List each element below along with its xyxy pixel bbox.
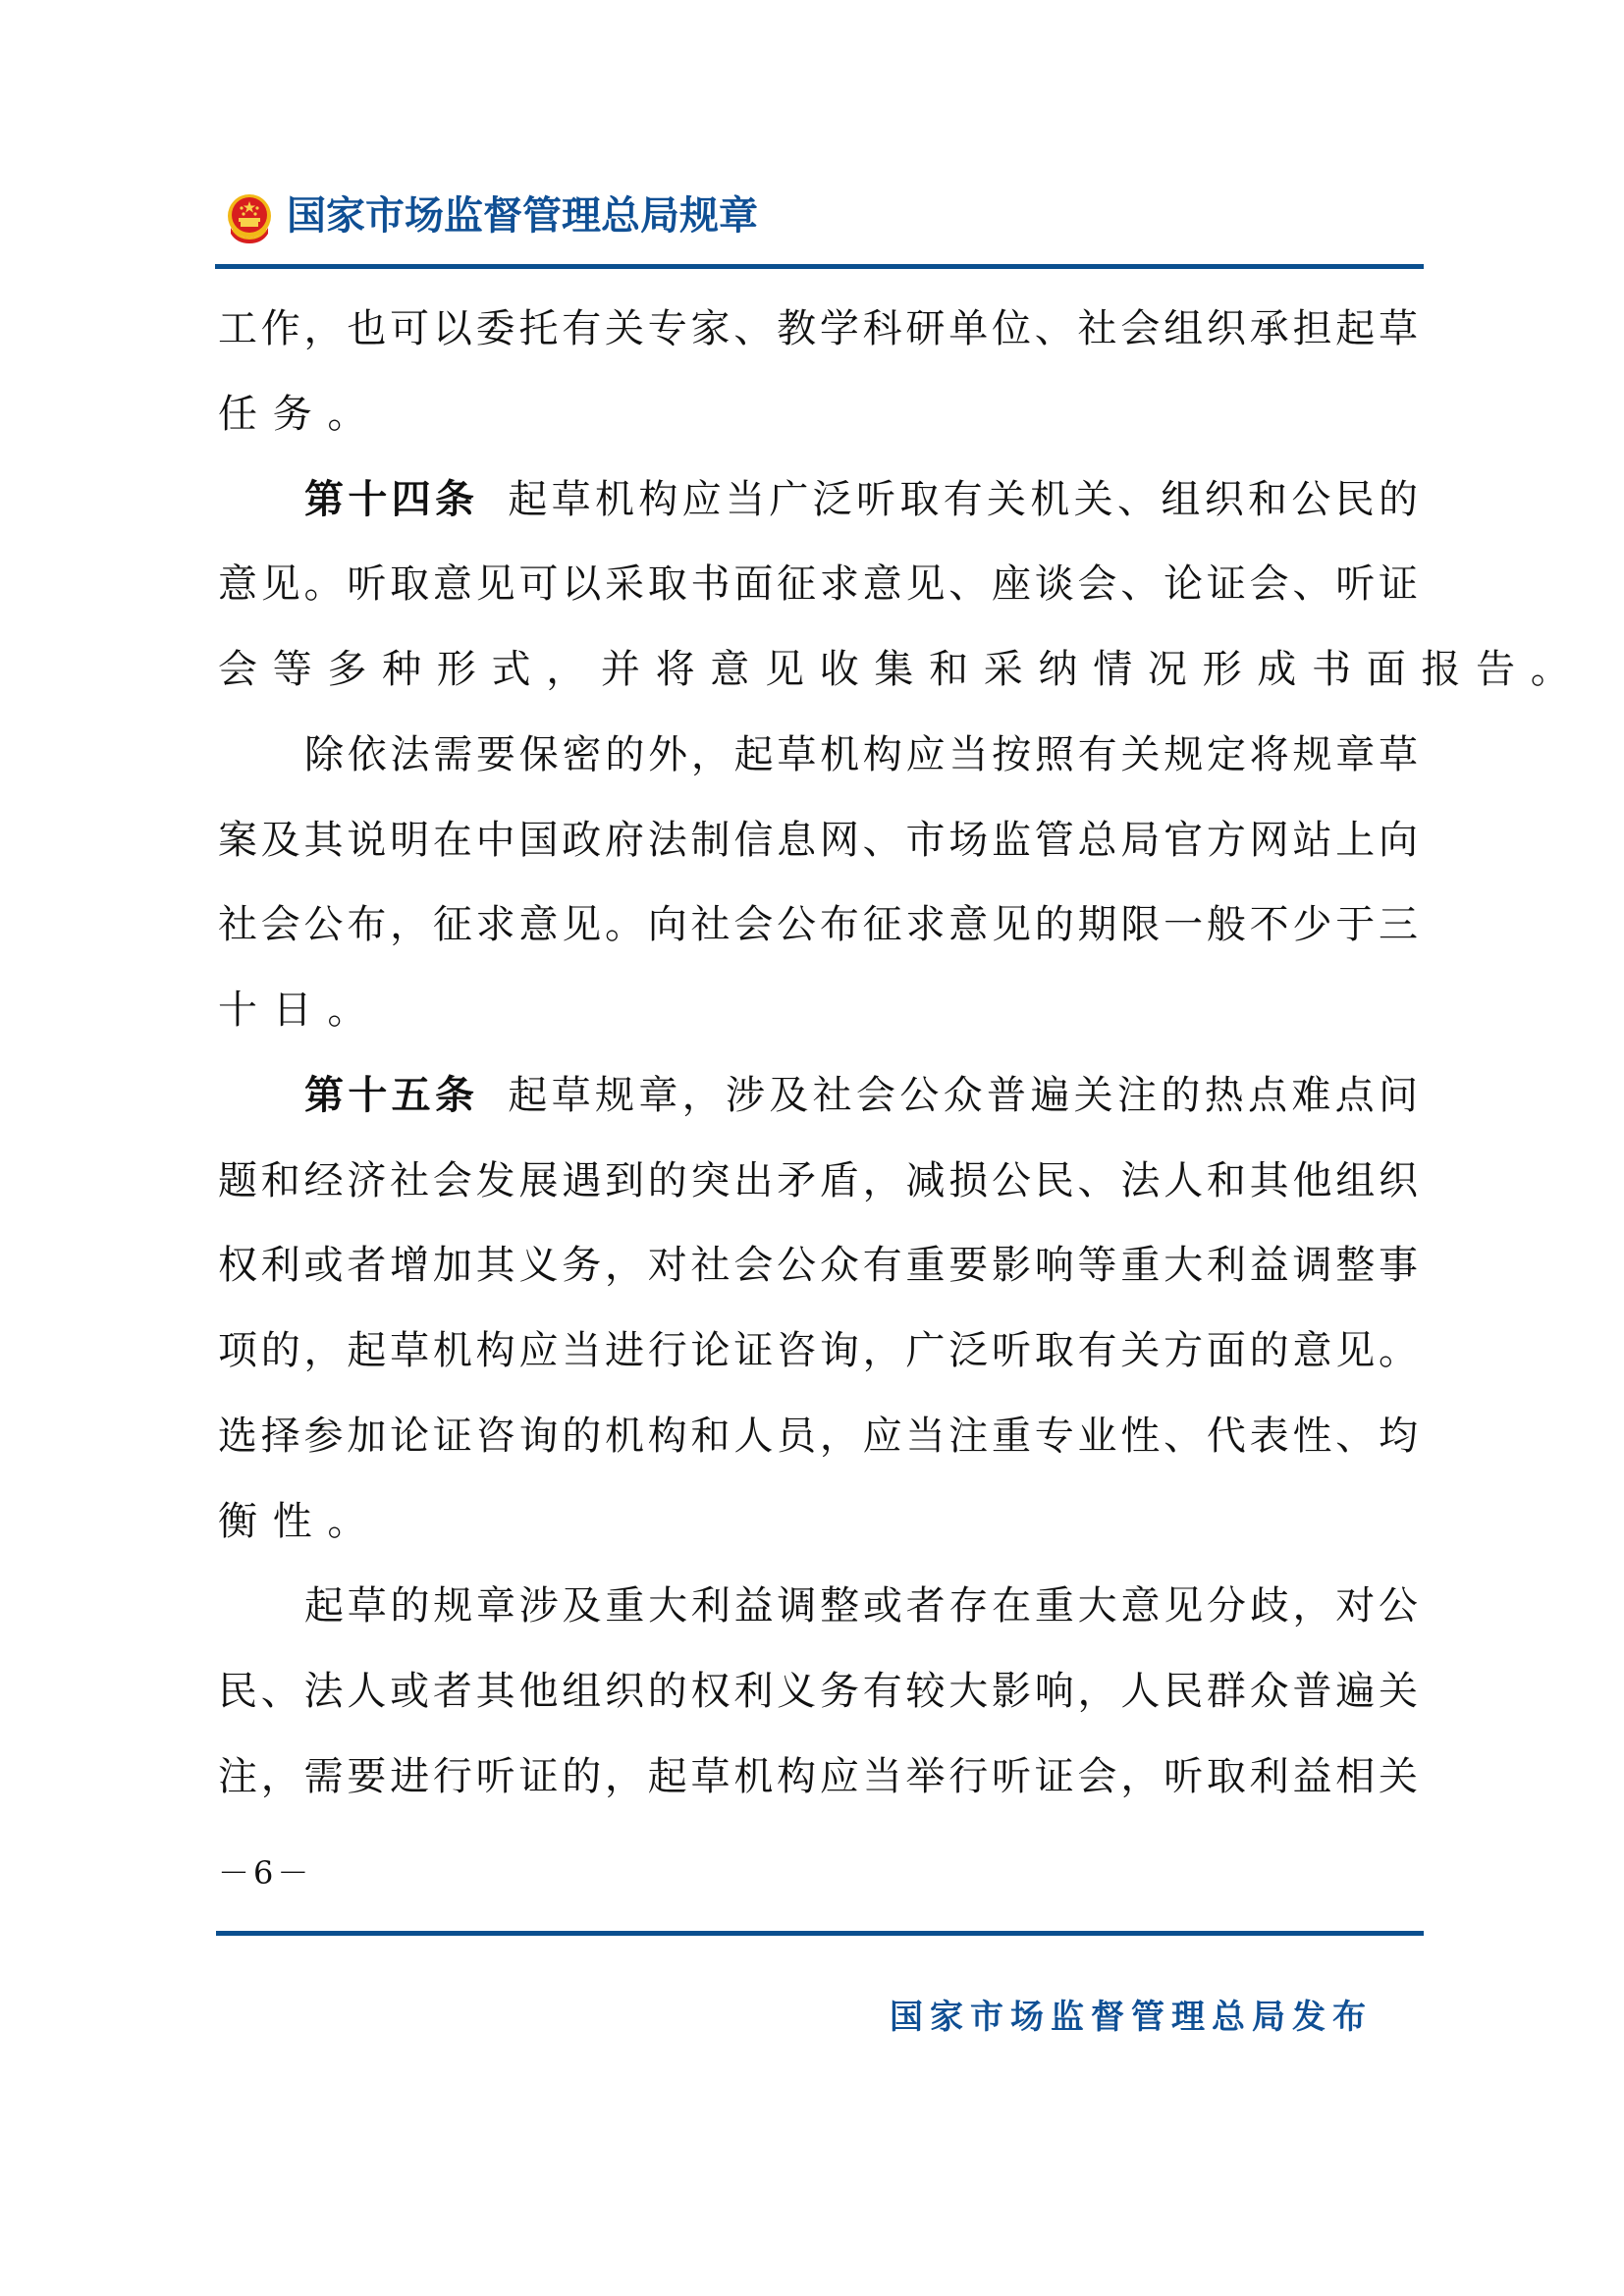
article-number: 第十四条: [304, 477, 478, 522]
paragraph-line: 社会公布，征求意见。向社会公布征求意见的期限一般不少于三: [218, 890, 1418, 959]
line-text: 会等多种形式，并将意见收集和采纳情况形成书面报告。: [218, 647, 1586, 692]
line-text: 选择参加论证咨询的机构和人员，应当注重专业性、代表性、均: [218, 1414, 1422, 1459]
footer-divider: [216, 1931, 1424, 1936]
paragraph-line: 权利或者增加其义务，对社会公众有重要影响等重大利益调整事: [218, 1231, 1418, 1300]
header-divider: [215, 264, 1424, 269]
document-header: 国家市场监督管理总局规章: [215, 185, 1424, 273]
line-text: 起草的规章涉及重大利益调整或者存在重大意见分歧，对公: [304, 1583, 1422, 1629]
line-text: 案及其说明在中国政府法制信息网、市场监管总局官方网站上向: [218, 818, 1422, 863]
paragraph-line: 选择参加论证咨询的机构和人员，应当注重专业性、代表性、均: [218, 1402, 1418, 1470]
article-paragraph-line: 第十四条起草机构应当广泛听取有关机关、组织和公民的: [304, 465, 1418, 534]
line-text: 衡性。: [218, 1499, 382, 1544]
line-text: 工作，也可以委托有关专家、教学科研单位、社会组织承担起草: [218, 306, 1422, 351]
paragraph-line: 除依法需要保密的外，起草机构应当按照有关规定将规章草: [304, 721, 1418, 789]
article-paragraph-line: 第十五条起草规章，涉及社会公众普遍关注的热点难点问: [304, 1061, 1418, 1130]
national-emblem-icon: [225, 192, 274, 245]
line-text: 起草机构应当广泛听取有关机关、组织和公民的: [508, 477, 1422, 522]
paragraph-line: 工作，也可以委托有关专家、教学科研单位、社会组织承担起草: [218, 294, 1418, 363]
paragraph-line: 会等多种形式，并将意见收集和采纳情况形成书面报告。: [218, 635, 1418, 704]
paragraph-line: 项的，起草机构应当进行论证咨询，广泛听取有关方面的意见。: [218, 1316, 1418, 1385]
paragraph-line: 任务。: [218, 380, 1418, 449]
page-number: －6－: [218, 1853, 312, 1893]
line-text: 项的，起草机构应当进行论证咨询，广泛听取有关方面的意见。: [218, 1328, 1422, 1373]
line-text: 除依法需要保密的外，起草机构应当按照有关规定将规章草: [304, 732, 1422, 777]
line-text: 题和经济社会发展遇到的突出矛盾，减损公民、法人和其他组织: [218, 1158, 1422, 1203]
paragraph-line: 民、法人或者其他组织的权利义务有较大影响，人民群众普遍关: [218, 1657, 1418, 1726]
line-text: 权利或者增加其义务，对社会公众有重要影响等重大利益调整事: [218, 1243, 1422, 1288]
footer-publisher: 国家市场监督管理总局发布: [890, 1993, 1373, 2042]
paragraph-line: 案及其说明在中国政府法制信息网、市场监管总局官方网站上向: [218, 806, 1418, 875]
paragraph-line: 十日。: [218, 976, 1418, 1044]
line-text: 起草规章，涉及社会公众普遍关注的热点难点问: [508, 1073, 1422, 1118]
line-text: 任务。: [218, 392, 382, 437]
line-text: 社会公布，征求意见。向社会公布征求意见的期限一般不少于三: [218, 902, 1422, 947]
header-title: 国家市场监督管理总局规章: [287, 188, 758, 243]
article-number: 第十五条: [304, 1073, 478, 1118]
line-text: 意见。听取意见可以采取书面征求意见、座谈会、论证会、听证: [218, 561, 1422, 607]
paragraph-line: 起草的规章涉及重大利益调整或者存在重大意见分歧，对公: [304, 1572, 1418, 1640]
paragraph-line: 衡性。: [218, 1487, 1418, 1556]
line-text: 民、法人或者其他组织的权利义务有较大影响，人民群众普遍关: [218, 1669, 1422, 1714]
line-text: 注，需要进行听证的，起草机构应当举行听证会，听取利益相关: [218, 1754, 1422, 1799]
paragraph-line: 注，需要进行听证的，起草机构应当举行听证会，听取利益相关: [218, 1742, 1418, 1811]
paragraph-line: 意见。听取意见可以采取书面征求意见、座谈会、论证会、听证: [218, 550, 1418, 618]
paragraph-line: 题和经济社会发展遇到的突出矛盾，减损公民、法人和其他组织: [218, 1147, 1418, 1215]
line-text: 十日。: [218, 988, 382, 1033]
